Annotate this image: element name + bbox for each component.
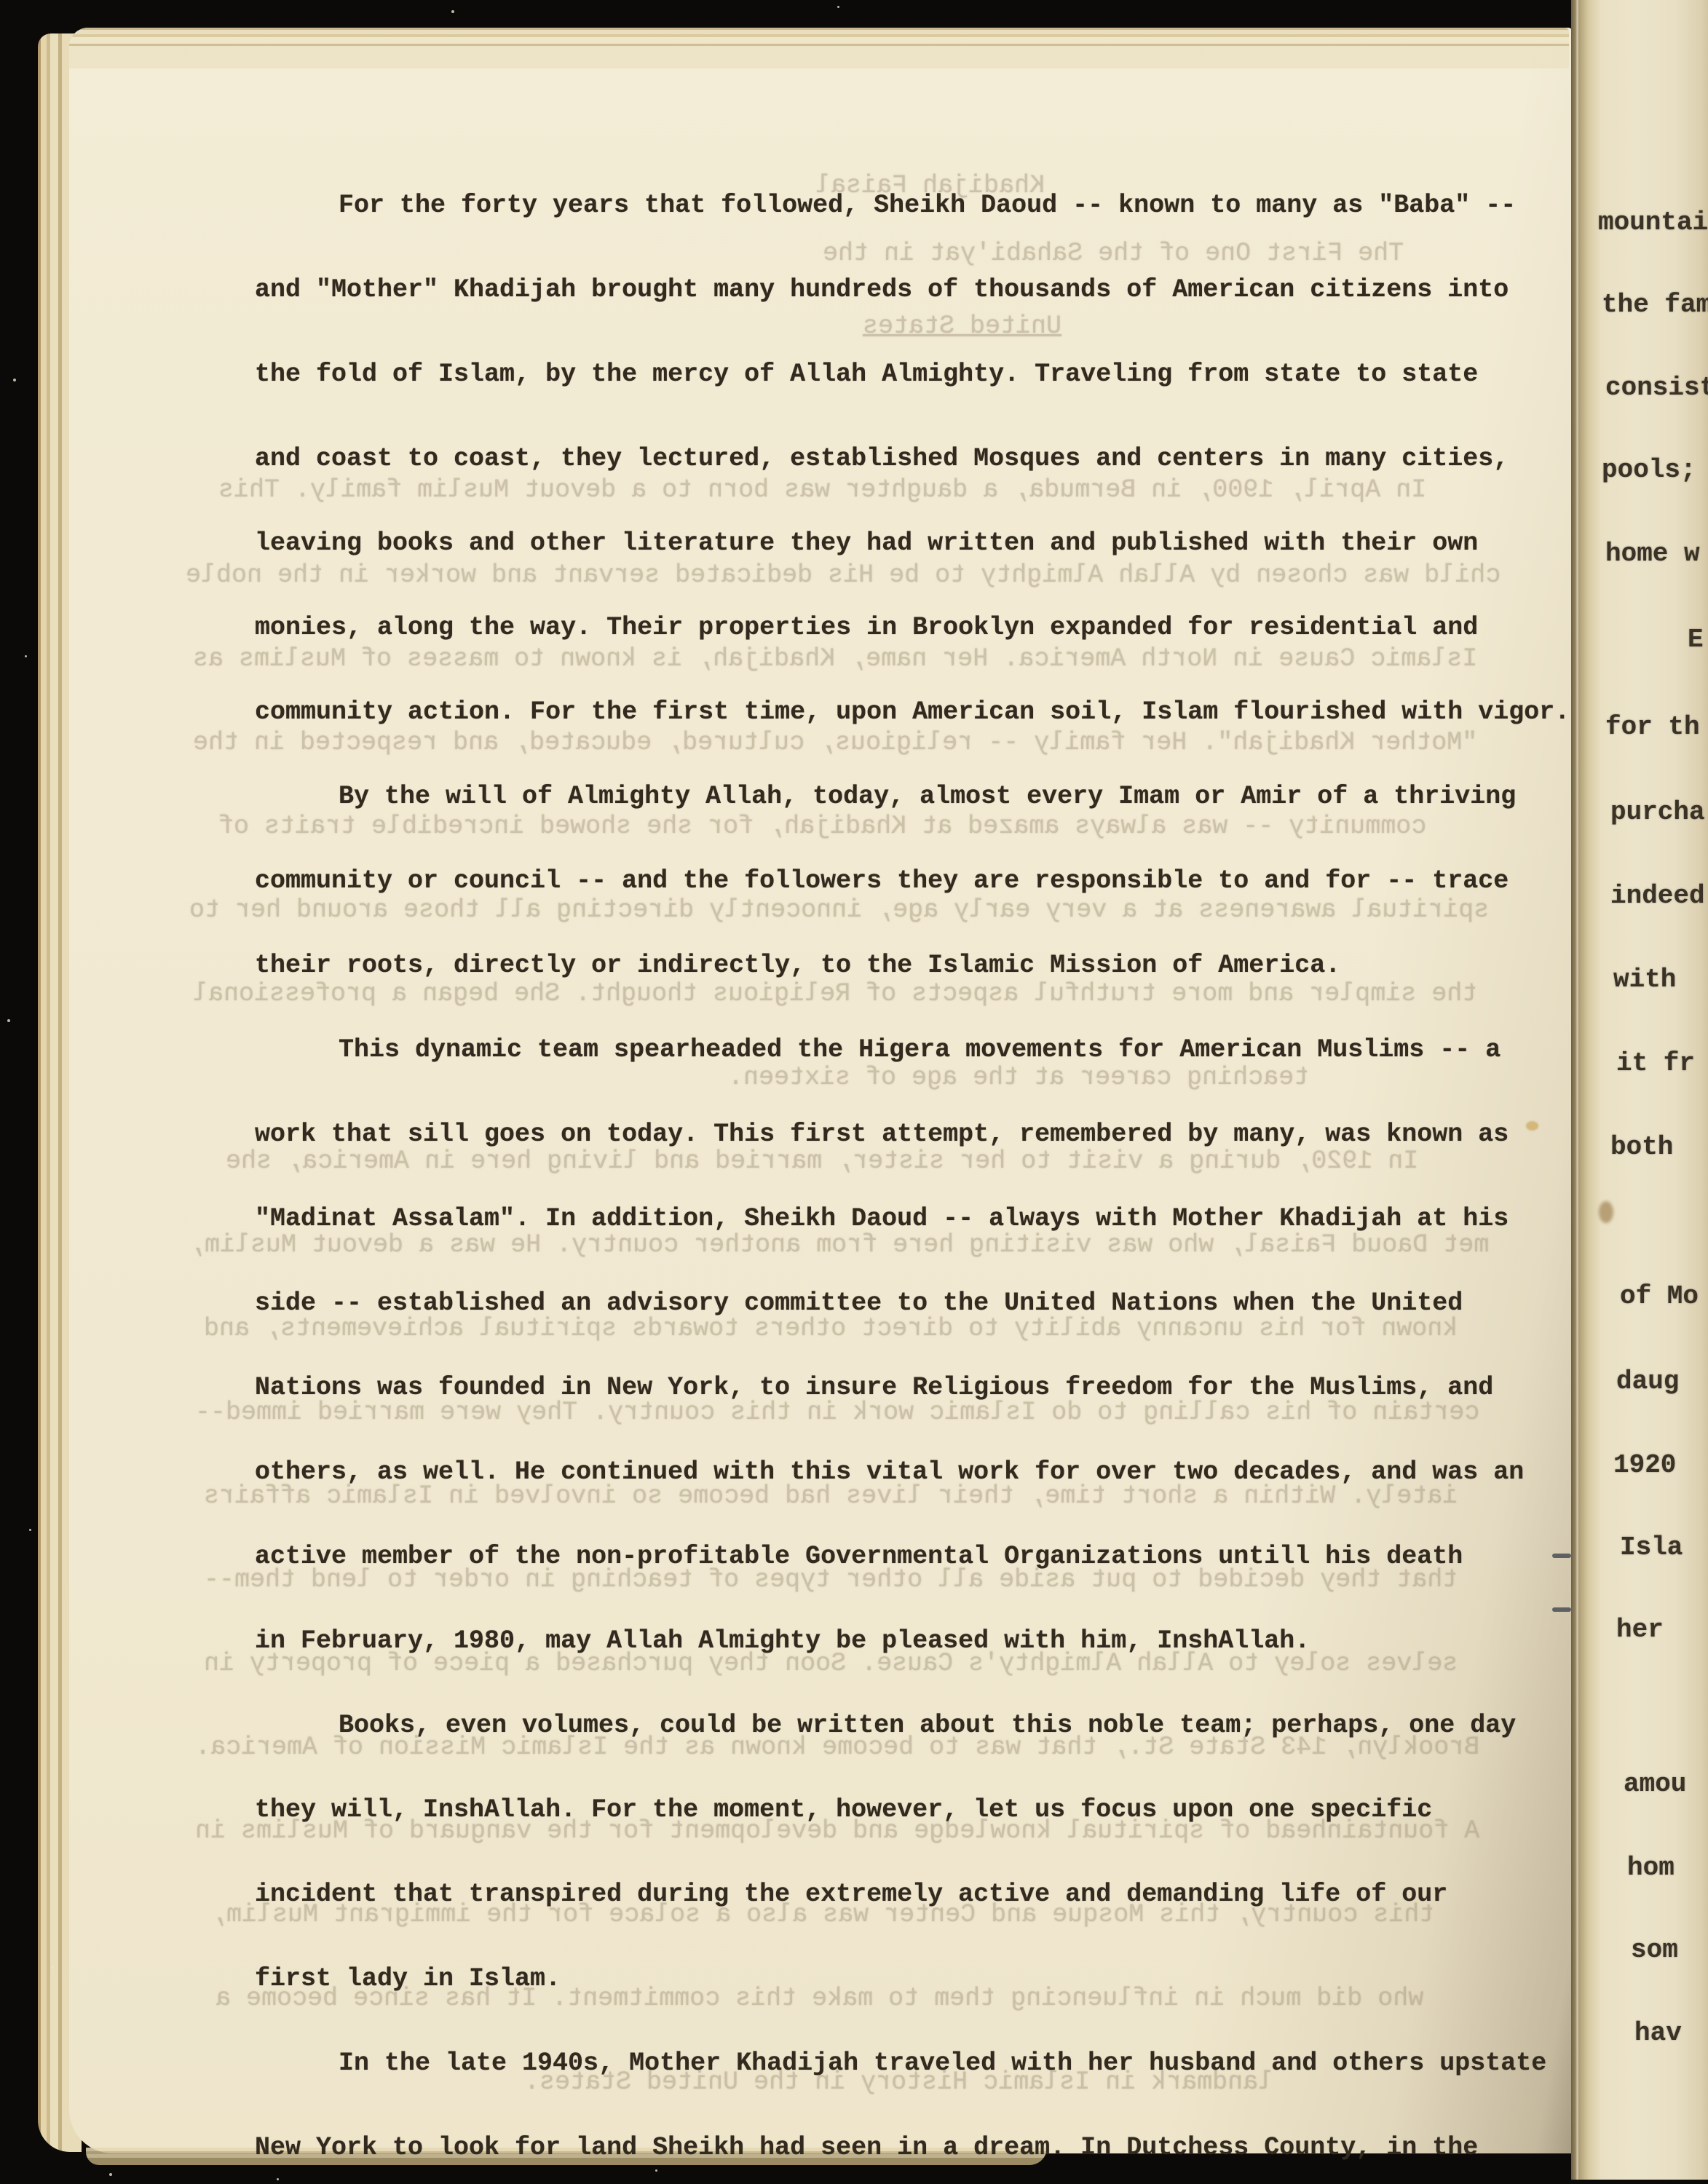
- right-page-text-fragment: of Mo: [1620, 1281, 1699, 1311]
- brown-stain: [1599, 1201, 1613, 1223]
- scanned-book-page: Khadijah FaisalThe First One of the Saha…: [0, 0, 1708, 2184]
- typed-line: This dynamic team spearheaded the Higera…: [339, 1035, 1501, 1064]
- right-page-text-fragment: it fr: [1616, 1048, 1695, 1078]
- right-page-text-fragment: daug: [1616, 1366, 1679, 1396]
- dust-speck: [13, 379, 16, 381]
- right-page-text-fragment: purcha: [1610, 797, 1705, 827]
- bleedthrough-line: The First One of the Sahabi'yat in the: [823, 239, 1404, 268]
- right-page-text-fragment: pools;: [1602, 455, 1696, 485]
- typed-line: Books, even volumes, could be written ab…: [339, 1711, 1516, 1740]
- right-page-text-fragment: mountai: [1598, 207, 1708, 237]
- typed-line: others, as well. He continued with this …: [255, 1457, 1524, 1487]
- right-page-text-fragment: for th: [1605, 712, 1700, 742]
- right-page-text-fragment: the fam: [1602, 290, 1708, 320]
- dust-speck: [837, 6, 839, 8]
- bleedthrough-line: certain of his calling to do Islamic wor…: [195, 1398, 1479, 1427]
- right-page-text-fragment: amou: [1624, 1769, 1686, 1799]
- right-page-text-fragment: Isla: [1620, 1532, 1683, 1562]
- typed-line: they will, InshAllah. For the moment, ho…: [255, 1795, 1432, 1824]
- page-stack-top-edge: [69, 28, 1569, 68]
- dust-speck: [451, 10, 454, 13]
- right-page-text-fragment: indeed: [1610, 881, 1705, 911]
- typed-line: and coast to coast, they lectured, estab…: [255, 444, 1509, 473]
- bleedthrough-line: Islamic Cause in North America. Her name…: [193, 644, 1477, 673]
- dust-speck: [7, 1019, 10, 1022]
- bleedthrough-line: teaching career at the age of sixteen.: [728, 1063, 1309, 1092]
- right-page-text-fragment: home w: [1605, 539, 1700, 569]
- right-page-text-fragment: with: [1613, 965, 1676, 994]
- bleedthrough-line: In 1920, during a visit to her sister, m…: [226, 1147, 1418, 1176]
- bleedthrough-line: community -- was always amazed at Khadij…: [218, 812, 1426, 841]
- bleedthrough-line: the simpler and more truthful aspects of…: [193, 979, 1477, 1008]
- typed-line: For the forty years that followed, Sheik…: [339, 191, 1516, 220]
- typed-line: the fold of Islam, by the mercy of Allah…: [255, 360, 1478, 389]
- gutter-crease-highlight: [1575, 0, 1579, 2180]
- bleedthrough-line: child was chosen by Allah Almighty to be…: [186, 561, 1501, 590]
- typed-line: first lady in Islam.: [255, 1964, 561, 1993]
- typed-line: By the will of Almighty Allah, today, al…: [339, 782, 1516, 811]
- right-page-text-fragment: consist: [1605, 373, 1708, 403]
- bleedthrough-line: known for his uncanny ability to direct …: [204, 1314, 1458, 1343]
- typed-line: New York to look for land Sheikh had see…: [255, 2133, 1478, 2162]
- typed-line: their roots, directly or indirectly, to …: [255, 951, 1340, 980]
- typed-line: and "Mother" Khadijah brought many hundr…: [255, 275, 1509, 304]
- typed-line: "Madinat Assalam". In addition, Sheikh D…: [255, 1204, 1509, 1233]
- right-page-text-fragment: E: [1688, 625, 1704, 654]
- right-page-text-fragment: hom: [1627, 1853, 1675, 1883]
- bleedthrough-line: "Mother Khadijah". Her family -- religio…: [193, 728, 1477, 757]
- typed-line: leaving books and other literature they …: [255, 529, 1478, 558]
- typed-line: community or council -- and the follower…: [255, 866, 1509, 895]
- dust-speck: [109, 2173, 112, 2176]
- typed-line: active member of the non-profitable Gove…: [255, 1542, 1463, 1571]
- right-page-text-fragment: hav: [1634, 2018, 1682, 2048]
- typed-line: In the late 1940s, Mother Khadijah trave…: [339, 2049, 1546, 2078]
- bleedthrough-line: In April, 1900, in Bermuda, a daughter w…: [218, 475, 1426, 505]
- dust-speck: [51, 1966, 54, 1969]
- bleedthrough-line: United States: [863, 312, 1061, 341]
- typed-line: monies, along the way. Their properties …: [255, 613, 1478, 642]
- gutter-mark: [1552, 1607, 1571, 1612]
- amber-stain: [1526, 1121, 1538, 1131]
- right-page-text-fragment: both: [1610, 1132, 1673, 1162]
- typed-line: community action. For the first time, up…: [255, 697, 1570, 727]
- typed-line: side -- established an advisory committe…: [255, 1289, 1463, 1318]
- typed-line: in February, 1980, may Allah Almighty be…: [255, 1626, 1310, 1655]
- typed-line: incident that transpired during the extr…: [255, 1880, 1447, 1909]
- typed-line: Nations was founded in New York, to insu…: [255, 1373, 1493, 1402]
- dust-speck: [29, 1529, 31, 1531]
- dust-speck: [25, 655, 27, 657]
- right-page-text-fragment: som: [1631, 1935, 1678, 1965]
- typed-line: work that sill goes on today. This first…: [255, 1120, 1509, 1149]
- dust-speck: [655, 2169, 657, 2172]
- gutter-mark: [1552, 1554, 1571, 1558]
- bleedthrough-line: spiritual awareness at a very early age,…: [189, 895, 1489, 925]
- dust-speck: [277, 2178, 279, 2180]
- right-page-text-fragment: her: [1616, 1615, 1664, 1645]
- right-page-text-fragment: 1920: [1613, 1450, 1676, 1480]
- bleedthrough-line: met Daoud Faisal, who was visiting here …: [189, 1230, 1489, 1259]
